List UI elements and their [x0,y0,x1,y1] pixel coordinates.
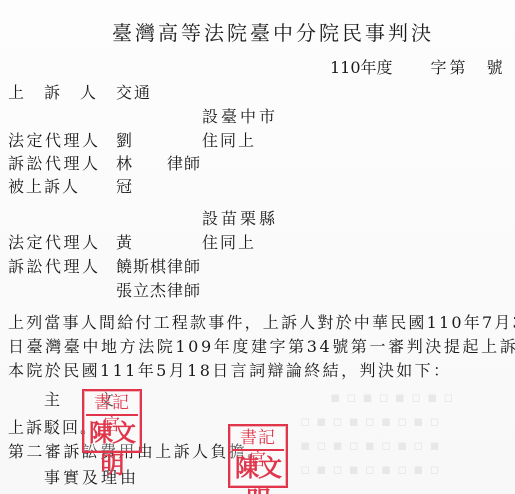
party-appellant-role: 上 訴 人 [8,84,98,102]
party-legal-rep-2-address: 住同上 [202,234,256,252]
party-legal-rep-2-name: 黃 [116,234,132,252]
bleed-through-texture: ▪▫▪▫▪▫▪▫▪ [300,436,446,454]
party-appellant-address: 設臺中市 [202,108,278,126]
party-litigation-rep-1-name: 林 律師 [116,155,201,173]
party-litigation-rep-2-role: 訴訟代理人 [8,258,101,276]
facts-heading: 事實及理由 [44,469,139,487]
bleed-through-texture: ▫▪▫▪▫▪▫▪▫ [300,412,446,430]
case-word: 字第 [431,59,469,77]
party-litigation-rep-2-name: 饒斯棋律師 [116,258,201,276]
clerk-seal-stamp: 書記官 陳文明 [228,424,288,488]
intro-paragraph-line-2: 日臺灣臺中地方法院109年度建字第34號第一審判決提起上訴， [8,338,515,356]
party-litigation-rep-3-name: 張立杰律師 [116,282,201,300]
stamp-name: 陳文明 [86,417,138,449]
party-appellee-name: 冠 [116,178,132,196]
document-page: ▪▫▪▫▪▫▪▫ ▫▪▫▪▫▪▫▪▫ ▪▫▪▫▪▫▪▫▪ ▫▪▫▪▫▪▫▪▫ 臺… [0,0,515,494]
bleed-through-texture: ▫▪▫▪▫▪▫▪▫ [300,460,446,478]
intro-paragraph-line-1: 上列當事人間給付工程款事件，上訴人對於中華民國110年7月30 [8,314,515,332]
stamp-title: 書記官 [86,392,138,416]
case-number-suffix: 號 [487,59,503,77]
intro-paragraph-line-3: 本院於民國111年5月18日言詞辯論終結，判決如下： [8,362,451,380]
stamp-title: 書記官 [232,427,284,451]
party-appellee-role: 被上訴人 [8,178,80,196]
party-legal-rep-2-role: 法定代理人 [8,234,101,252]
stamp-name: 陳文明 [232,452,284,484]
clerk-seal-stamp: 書記官 陳文明 [82,389,142,453]
party-appellee-address: 設苗栗縣 [202,210,278,228]
document-title: 臺灣高等法院臺中分院民事判決 [112,24,434,42]
party-legal-rep-1-role: 法定代理人 [8,132,101,150]
case-year: 110年度 [330,59,393,77]
party-legal-rep-1-name: 劉 [116,132,132,150]
bleed-through-texture: ▪▫▪▫▪▫▪▫ [330,388,459,406]
party-appellant-name: 交通 [116,84,152,102]
party-litigation-rep-1-role: 訴訟代理人 [8,155,101,173]
party-legal-rep-1-address: 住同上 [202,132,256,150]
case-number: 110年度字第號 [330,59,503,77]
